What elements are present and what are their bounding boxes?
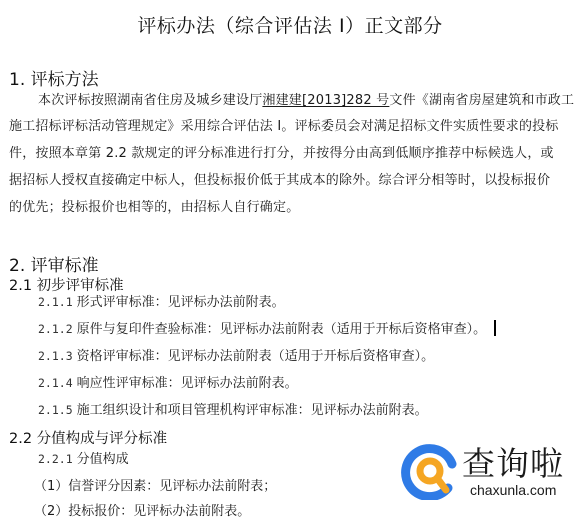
criteria-item: 2.2.1分值构成 (38, 448, 129, 467)
item-text: 资格评审标准：见评标办法前附表（适用于开标后资格审查）。 (77, 349, 435, 364)
item-text: 形式评审标准：见评标办法前附表。 (77, 295, 285, 310)
watermark-logo: 查询啦 chaxunla.com (396, 436, 580, 506)
paragraph-text: 本次评标按照湖南省住房及城乡建设厅 (38, 93, 262, 108)
watermark-brand-name: 查询啦 (462, 438, 564, 485)
paragraph-text: 文件《湖南省房屋建筑和市政工 (389, 93, 574, 108)
item-number: 2.1.5 (38, 403, 73, 417)
item-text: 施工组织设计和项目管理机构评审标准：见评标办法前附表。 (77, 403, 428, 418)
item-text: 原件与复印件查验标准：见评标办法前附表（适用于开标后资格审查）。 (77, 322, 487, 337)
criteria-item: 2.1.5施工组织设计和项目管理机构评审标准：见评标办法前附表。 (38, 399, 428, 418)
paragraph-line-3: 件，按照本章第 2.2 款规定的评分标准进行打分，并按得分由高到低顺序推荐中标候… (9, 142, 554, 161)
item-text: 响应性评审标准：见评标办法前附表。 (77, 376, 298, 391)
paragraph-line-5: 的优先；投标报价也相等的，由招标人自行确定。 (9, 196, 299, 215)
item-number: 2.1.1 (38, 295, 73, 309)
criteria-item: 2.1.1形式评审标准：见评标办法前附表。 (38, 291, 285, 310)
document-title: 评标办法（综合评估法 I）正文部分 (0, 11, 580, 38)
item-number: 2.2.1 (38, 452, 73, 466)
section-2-heading: 2. 评审标准 (9, 251, 99, 276)
score-list-item: （1）信誉评分因素：见评标办法前附表； (34, 475, 276, 494)
text-cursor (494, 320, 496, 336)
watermark-domain: chaxunla.com (470, 482, 556, 498)
section-1-heading: 1. 评标方法 (9, 65, 99, 90)
item-text: 分值构成 (77, 452, 129, 467)
paragraph-line-1: 本次评标按照湖南省住房及城乡建设厅湘建建[2013]282 号文件《湖南省房屋建… (38, 89, 574, 108)
criteria-item: 2.1.3资格评审标准：见评标办法前附表（适用于开标后资格审查）。 (38, 345, 434, 364)
document-reference-link[interactable]: 湘建建[2013]282 号 (262, 93, 389, 108)
item-number: 2.1.4 (38, 376, 73, 390)
item-number: 2.1.3 (38, 349, 73, 363)
magnifier-logo-icon (400, 442, 462, 500)
criteria-item: 2.1.4响应性评审标准：见评标办法前附表。 (38, 372, 298, 391)
subsection-2-2-heading: 2.2 分值构成与评分标准 (9, 427, 167, 448)
paragraph-line-2: 施工招标评标活动管理规定》采用综合评估法 I。评标委员会对满足招标文件实质性要求… (9, 115, 559, 134)
paragraph-line-4: 据招标人授权直接确定中标人，但投标报价低于其成本的除外。综合评分相等时，以投标报… (9, 169, 550, 188)
criteria-item: 2.1.2原件与复印件查验标准：见评标办法前附表（适用于开标后资格审查）。 (38, 318, 496, 337)
score-list-item: （2）投标报价：见评标办法前附表。 (34, 500, 250, 519)
item-number: 2.1.2 (38, 322, 73, 336)
